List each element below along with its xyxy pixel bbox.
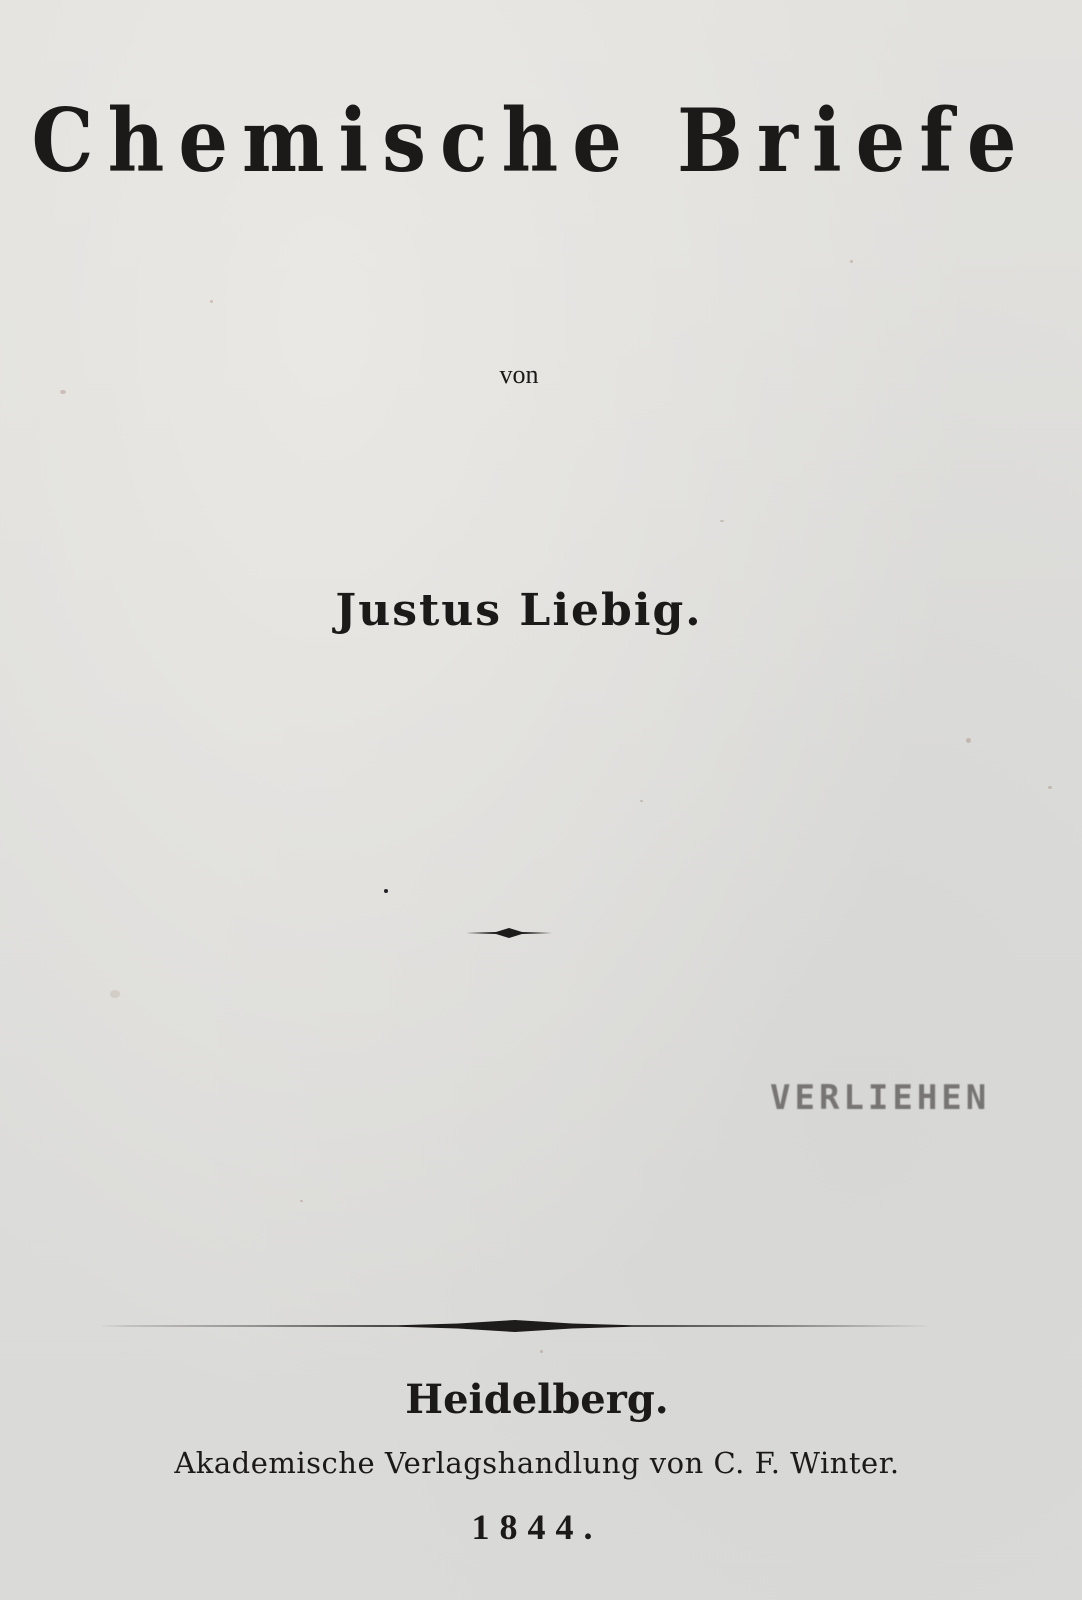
paper-speck [850, 260, 853, 263]
publication-year: 1844. [0, 1506, 1078, 1548]
author-name: Justus Liebig. [0, 585, 1060, 636]
book-title: Chemische Briefe [0, 91, 1072, 193]
paper-speck [540, 1350, 543, 1353]
paper-speck [60, 390, 66, 394]
publication-place: Heidelberg. [0, 1376, 1078, 1423]
library-stamp: VERLIEHEN [770, 1078, 990, 1118]
paper-speck [110, 990, 120, 998]
paper-speck [966, 738, 971, 743]
publisher-name: Akademische Verlagshandlung von C. F. Wi… [0, 1446, 1078, 1480]
diamond-divider-icon [466, 926, 552, 940]
ink-dot [384, 889, 388, 893]
swelled-rule-icon [98, 1316, 932, 1336]
paper-speck [720, 520, 724, 522]
book-title-page: Chemische Briefe von Justus Liebig. VERL… [0, 0, 1082, 1600]
paper-speck [210, 300, 213, 303]
paper-speck [640, 800, 643, 802]
paper-speck [1048, 786, 1052, 789]
by-line: von [0, 360, 1060, 390]
paper-speck [300, 1200, 303, 1202]
